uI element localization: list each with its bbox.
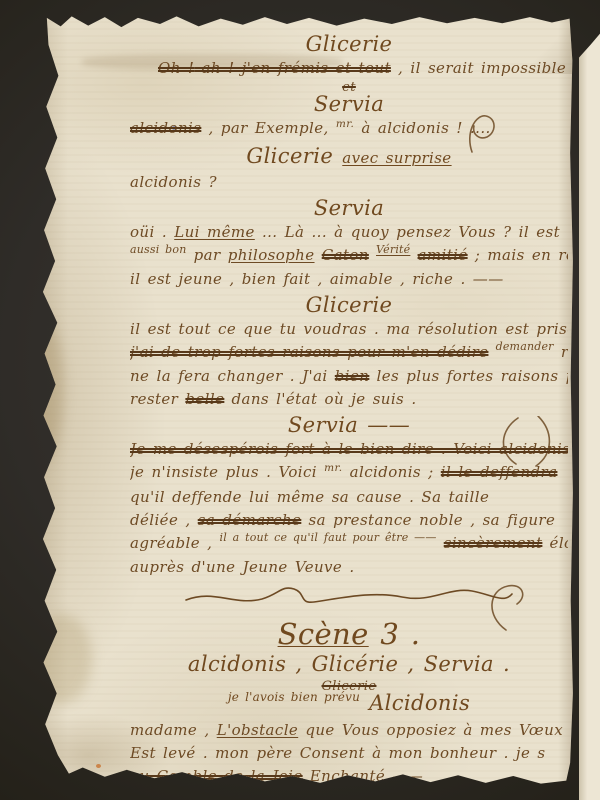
manuscript-line: aussi bon par philosophe Caton Vérité am… [130,247,568,265]
manuscript-text: GlicerieOh ! ah ! j'en frémis et tout , … [130,32,568,782]
text-segment: aussi bon [130,241,187,258]
text-segment: alcidonis ? [130,173,217,191]
struck-text: Je me désespérois fort à le bien dire . … [130,440,568,458]
manuscript-line: agréable , il a tout ce qu'il faut pour … [130,535,568,553]
struck-text: j'ai de trop fortes raisons pour m'en dé… [130,343,488,361]
text-segment: il est tout ce que tu voudras . ma résol… [130,320,568,338]
manuscript-line: il est tout ce que tu voudras . ma résol… [130,321,568,338]
text-segment: , par Exemple, [201,119,336,137]
struck-text: sa démarche [198,511,302,529]
manuscript-line: auprès d'une Jeune Veuve . [130,559,568,576]
text-segment: alcidonis , Glicérie , Servia . [188,652,510,676]
text-segment [369,246,376,264]
manuscript-line: oüi . Lui même ... Là ... à quoy pensez … [130,224,568,241]
text-segment: rien [554,343,568,361]
text-segment: 3 . [369,617,421,651]
text-segment: auprès d'une Jeune Veuve . [130,558,355,576]
manuscript-line: Je me désespérois fort à le bien dire . … [130,441,568,458]
text-segment: Glicerie [306,32,393,56]
text-segment: sa prestance noble , sa figure [301,511,555,529]
manuscript-line: Servia [130,197,568,219]
text-segment: ... Là ... à quoy pensez Vous ? il est [255,223,560,241]
manuscript-line: il est jeune , bien fait , aimable , ric… [130,271,568,288]
text-segment: Servia [314,92,384,116]
manuscript-line: j'ai de trop fortes raisons pour m'en dé… [130,344,568,362]
struck-text: Oh ! [158,59,194,77]
text-segment: Est levé . mon père Consent à mon bonheu… [130,744,546,762]
manuscript-line: Oh ! ah ! j'en frémis et tout , il serai… [130,60,568,77]
text-segment: Enchanté —— [303,767,424,782]
text-segment [410,246,417,264]
next-page-edge [579,0,600,800]
manuscript-line: je n'insiste plus . Voici mr. alcidonis … [130,464,568,483]
text-segment: éloquent [542,534,568,552]
struck-text: bien [335,367,370,385]
text-segment [488,343,495,361]
struck-text: au Comble de la Joie [130,767,303,782]
manuscript-scan: { "palette": { "backdrop": "#2f2c28", "p… [0,0,600,800]
text-segment: je l'avois bien prévu [228,686,360,708]
manuscript-line: ne la fera changer . J'ai bien les plus … [130,368,568,385]
text-segment: Scène [278,617,369,651]
text-segment: il est jeune , bien fait , aimable , ric… [130,270,504,288]
struck-text: il le deffendra [441,463,558,481]
text-segment: déliée , [130,511,198,529]
text-segment: alcidonis ; [343,463,441,481]
text-segment: madame , [130,721,217,739]
text-segment: mr. [324,460,342,477]
struck-text: Caton [322,246,369,264]
flourish-divider [130,582,568,616]
text-segment: à alcidonis ! .... [354,119,490,137]
text-segment: , il serait impossible . [391,59,568,77]
manuscript-line: rester belle dans l'état où je suis . [130,391,568,408]
manuscript-line: Est levé . mon père Consent à mon bonheu… [130,745,568,762]
paper-stain [32,614,92,704]
text-segment: ne la fera changer . J'ai [130,367,335,385]
text-segment: Servia —— [288,413,410,437]
manuscript-line: Glicerie [130,294,568,316]
text-segment: Vérité [376,241,410,258]
text-segment: par [187,246,228,264]
text-segment: Glicerie [246,144,342,168]
text-segment: philosophe [228,246,315,264]
manuscript-line: alcidonis , Glicérie , Servia . [130,652,568,676]
text-segment: Servia [314,196,384,220]
paper-stain [16,314,64,464]
manuscript-line: je l'avois bien prévu Alcidonis [130,692,568,717]
text-segment: qu'il deffende lui même sa cause . Sa ta… [130,488,489,506]
struck-text: alcidonis [130,119,201,137]
text-segment: il a tout ce qu'il faut pour être —— [220,529,437,546]
manuscript-line: Glicerie avec surprise [130,145,568,169]
text-segment [437,534,444,552]
text-segment: avec surprise [342,149,451,167]
manuscript-page: GlicerieOh ! ah ! j'en frémis et tout , … [22,14,574,786]
text-segment: demander [496,338,554,355]
text-segment: rester [130,390,185,408]
manuscript-line: madame , L'obstacle que Vous opposiez à … [130,722,568,739]
manuscript-line: Scène 3 . [130,618,568,650]
struck-text: amitié [418,246,468,264]
text-segment: ; mais en revanche [468,246,568,264]
manuscript-line: Glicerie [130,33,568,55]
text-segment: les plus fortes raisons pour —— [369,367,568,385]
manuscript-line: au Comble de la Joie Enchanté —— [130,768,568,782]
text-segment: L'obstacle [217,721,298,739]
text-segment: agréable , [130,534,220,552]
struck-text: sincèrement [444,534,543,552]
manuscript-line: alcidonis , par Exemple, mr. à alcidonis… [130,120,568,139]
text-segment: Lui même [174,223,255,241]
text-segment: que Vous opposiez à mes Vœux [298,721,563,739]
manuscript-line: Servia [130,93,568,115]
text-segment: mr. [336,116,354,133]
text-segment: Glicerie [306,293,393,317]
text-segment: dans l'état où je suis . [224,390,416,408]
manuscript-line: déliée , sa démarche sa prestance noble … [130,512,568,529]
struck-text: belle [185,390,224,408]
text-segment: oüi . [130,223,174,241]
manuscript-line: alcidonis ? [130,174,568,191]
manuscript-line: Servia —— [130,414,568,436]
ink-speck [96,764,101,768]
text-segment: Alcidonis [360,691,470,715]
manuscript-line: qu'il deffende lui même sa cause . Sa ta… [130,489,568,506]
text-segment [315,246,322,264]
text-segment: je n'insiste plus . Voici [130,463,324,481]
struck-text: ah ! j'en frémis et tout [194,59,391,77]
